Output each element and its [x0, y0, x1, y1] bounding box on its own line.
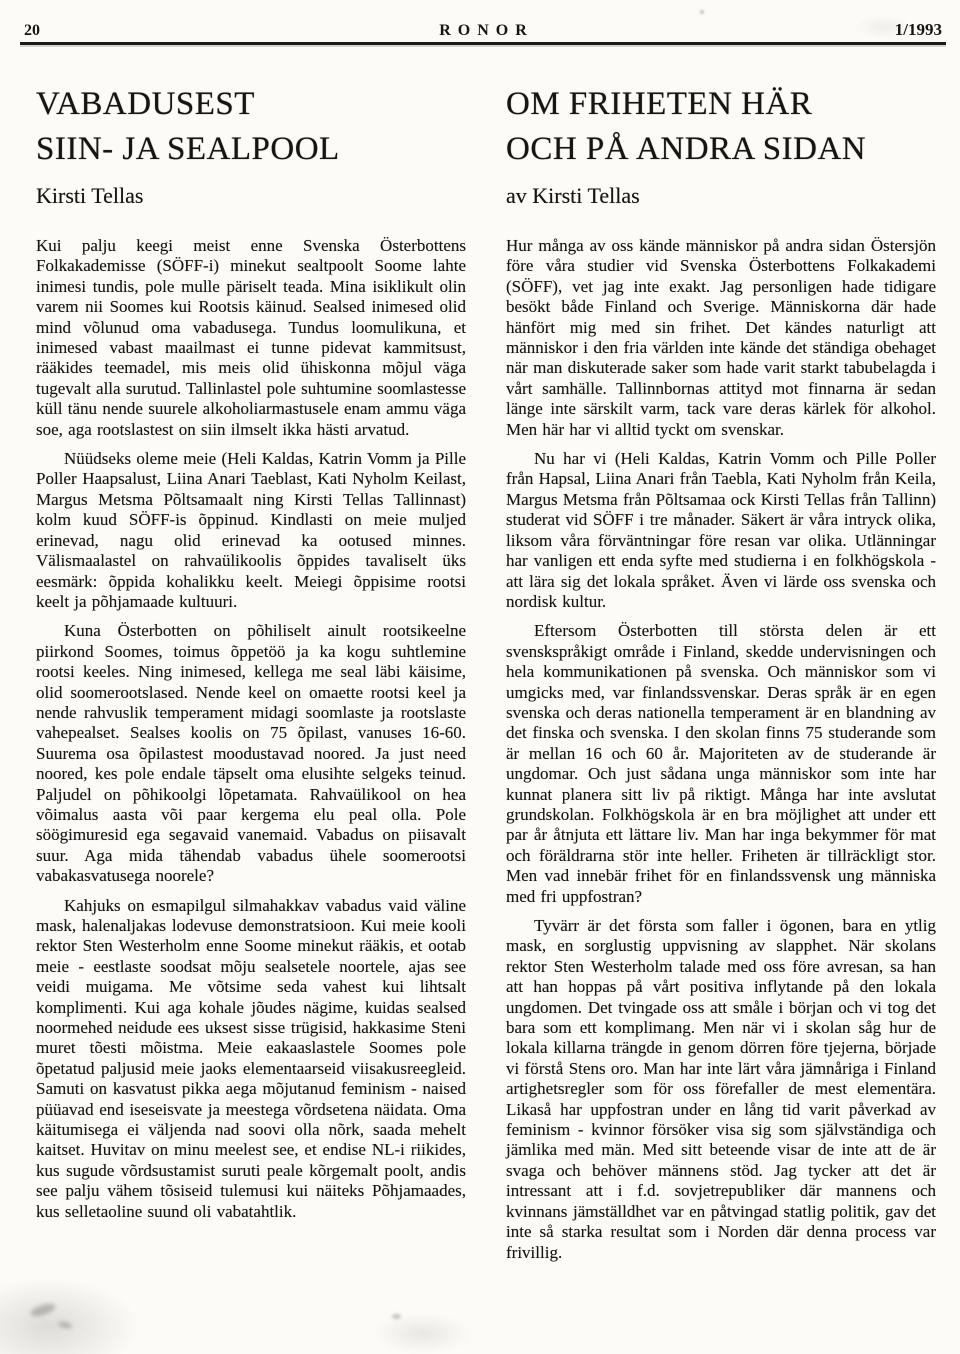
title-line-1: VABADUSEST — [36, 82, 466, 127]
title-line-1: OM FRIHETEN HÄR — [506, 82, 936, 127]
paragraph-swedish-2: Nu har vi (Heli Kaldas, Katrin Vomm och … — [506, 449, 936, 612]
byline-estonian: Kirsti Tellas — [36, 182, 466, 210]
byline-swedish: av Kirsti Tellas — [506, 182, 936, 210]
article-estonian: VABADUSEST SIIN- JA SEALPOOL Kirsti Tell… — [36, 82, 466, 1272]
scanned-journal-page: 20 RONOR 1/1993 VABADUSEST SIIN- JA SEAL… — [0, 0, 960, 1354]
scan-speck — [392, 1314, 401, 1319]
paragraph-swedish-1: Hur många av oss kände människor på andr… — [506, 236, 936, 440]
paragraph-estonian-2: Nüüdseks oleme meie (Heli Kaldas, Katrin… — [36, 449, 466, 612]
issue-number: 1/1993 — [895, 20, 942, 40]
scan-speck — [58, 1321, 73, 1330]
scan-speck — [700, 10, 704, 14]
title-line-2: SIIN- JA SEALPOOL — [36, 127, 466, 172]
scan-speck — [29, 1301, 57, 1319]
page-header: 20 RONOR 1/1993 — [24, 22, 942, 42]
paragraph-swedish-3: Eftersom Österbotten till största delen … — [506, 621, 936, 907]
article-title-swedish: OM FRIHETEN HÄR OCH PÅ ANDRA SIDAN — [506, 82, 936, 172]
paragraph-estonian-3: Kuna Österbotten on põhiliselt ainult ro… — [36, 621, 466, 886]
paragraph-swedish-4: Tyvärr är det första som faller i ögonen… — [506, 916, 936, 1263]
journal-title: RONOR — [24, 22, 942, 40]
article-columns: VABADUSEST SIIN- JA SEALPOOL Kirsti Tell… — [36, 82, 936, 1272]
scan-speck — [830, 585, 834, 588]
article-title-estonian: VABADUSEST SIIN- JA SEALPOOL — [36, 82, 466, 172]
header-rule — [20, 42, 946, 45]
title-line-2: OCH PÅ ANDRA SIDAN — [506, 127, 936, 172]
article-swedish: OM FRIHETEN HÄR OCH PÅ ANDRA SIDAN av Ki… — [506, 82, 936, 1272]
paragraph-estonian-4: Kahjuks on esmapilgul silmahakkav vabadu… — [36, 896, 466, 1223]
paragraph-estonian-1: Kui palju keegi meist enne Svenska Öster… — [36, 236, 466, 440]
